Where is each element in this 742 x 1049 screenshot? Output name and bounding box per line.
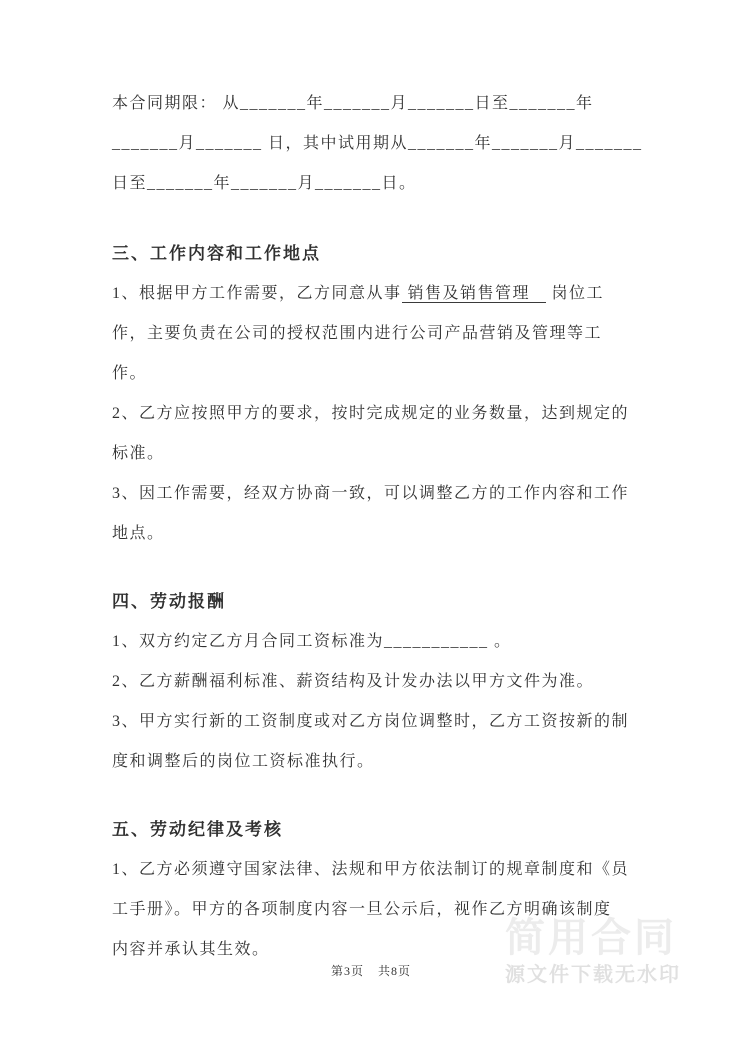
current-page-indicator: 第3页 xyxy=(331,964,364,978)
term-paragraph-line-1: 本合同期限： 从_______年_______月_______日至_______… xyxy=(112,84,640,124)
contract-page: 简用合同 源文件下载无水印 本合同期限： 从_______年_______月__… xyxy=(0,0,742,1049)
section-3-item-1-line-2: 作，主要负责在公司的授权范围内进行公司产品营销及管理等工 xyxy=(112,314,640,354)
section-3-item-1-line-1: 1、根据甲方工作需要，乙方同意从事销售及销售管理 岗位工 xyxy=(112,274,640,314)
section-3-item-1-line-3: 作。 xyxy=(112,354,640,394)
page-footer: 第3页 共8页 xyxy=(0,962,742,979)
section-5-item-1-line-2: 工手册》。甲方的各项制度内容一旦公示后，视作乙方明确该制度 xyxy=(112,890,640,930)
section-3-item-3-line-1: 3、因工作需要，经双方协商一致，可以调整乙方的工作内容和工作 xyxy=(112,474,640,514)
section-3-heading: 三、工作内容和工作地点 xyxy=(112,234,640,274)
section-3-item-2-line-1: 2、乙方应按照甲方的要求，按时完成规定的业务数量，达到规定的 xyxy=(112,394,640,434)
section-5-item-1-line-1: 1、乙方必须遵守国家法律、法规和甲方依法制订的规章制度和《员 xyxy=(112,850,640,890)
section-4-item-2: 2、乙方薪酬福利标准、薪资结构及计发办法以甲方文件为准。 xyxy=(112,662,640,702)
job-position-filled-blank: 销售及销售管理 xyxy=(402,285,547,303)
term-paragraph-line-3: 日至_______年_______月_______日。 xyxy=(112,164,640,204)
section-5-heading: 五、劳动纪律及考核 xyxy=(112,810,640,850)
section-4-item-1: 1、双方约定乙方月合同工资标准为___________ 。 xyxy=(112,622,640,662)
section-4-item-3-line-2: 度和调整后的岗位工资标准执行。 xyxy=(112,742,640,782)
section-4-item-3-line-1: 3、甲方实行新的工资制度或对乙方岗位调整时，乙方工资按新的制 xyxy=(112,702,640,742)
section-3-item-1-prefix: 1、根据甲方工作需要，乙方同意从事 xyxy=(112,285,402,302)
term-paragraph-line-2: _______月_______ 日，其中试用期从_______年_______月… xyxy=(112,124,640,164)
document-body: 本合同期限： 从_______年_______月_______日至_______… xyxy=(112,84,640,970)
section-4-heading: 四、劳动报酬 xyxy=(112,582,640,622)
section-3-item-2-line-2: 标准。 xyxy=(112,434,640,474)
section-3-item-1-suffix: 岗位工 xyxy=(546,285,604,302)
total-pages-indicator: 共8页 xyxy=(378,964,411,978)
section-3-item-3-line-2: 地点。 xyxy=(112,514,640,554)
